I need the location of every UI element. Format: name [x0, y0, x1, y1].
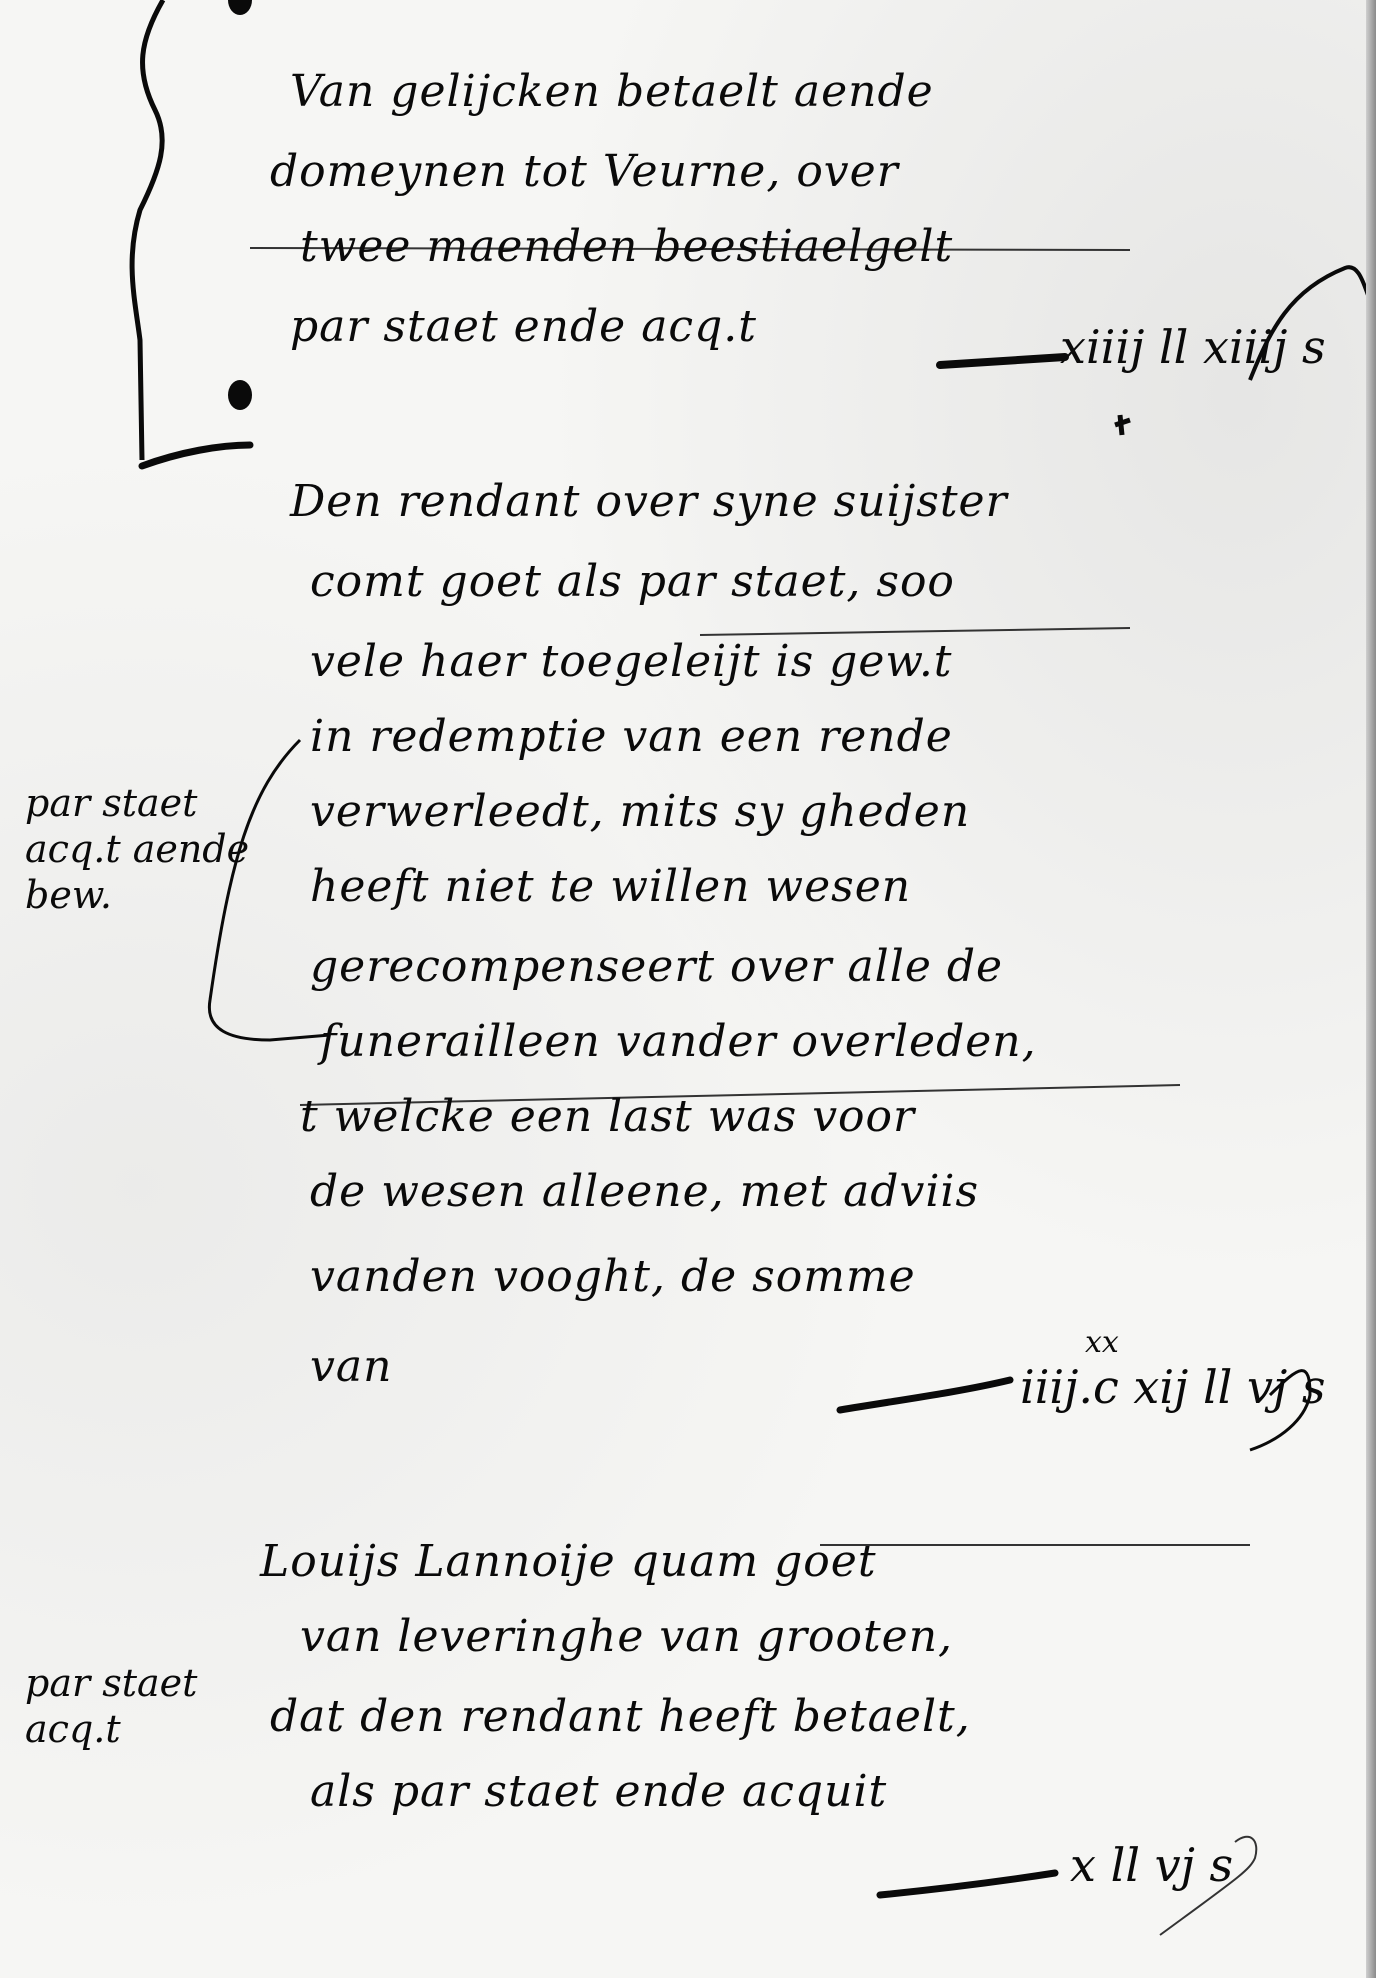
entry-2-line-6: heeft niet te willen wesen: [310, 865, 911, 909]
entry-2-line-1: Den rendant over syne suijster: [290, 480, 1008, 524]
entry-2-line-12: van: [310, 1345, 392, 1389]
entry-2-line-7: gerecompenseert over alle de: [310, 945, 1003, 989]
entry-3-line-1: Louijs Lannoije quam goet: [260, 1540, 877, 1584]
entry-3-amount: x ll vj s: [1070, 1838, 1233, 1892]
entry-2-line-11: vanden vooght, de somme: [310, 1255, 916, 1299]
entry-3-line-3: dat den rendant heeft betaelt,: [270, 1695, 971, 1739]
entry-1-line-2: domeynen tot Veurne, over: [270, 150, 899, 194]
entry-2-line-2: comt goet als par staet, soo: [310, 560, 955, 604]
entry-2-line-8: funerailleen vander overleden,: [320, 1020, 1037, 1064]
margin-note-1: par staet acq.t aende bew.: [25, 780, 249, 918]
entry-3-line-4: als par staet ende acquit: [310, 1770, 887, 1814]
entry-2-line-10: de wesen alleene, met adviis: [310, 1170, 979, 1214]
entry-1-line-3: twee maenden beestiaelgelt: [300, 225, 953, 269]
entry-2-line-4: in redemptie van een rende: [310, 715, 953, 759]
entry-2-line-9: t welcke een last was voor: [300, 1095, 915, 1139]
page-edge-shadow: [1366, 0, 1376, 1978]
entry-3-line-2: van leveringhe van grooten,: [300, 1615, 953, 1659]
entry-1-amount: xiiij ll xiiij s: [1060, 320, 1326, 374]
entry-1-line-1: Van gelijcken betaelt aende: [290, 70, 934, 114]
manuscript-page: Van gelijcken betaelt aende domeynen tot…: [0, 0, 1376, 1978]
entry-2-amount: iiij.c xij ll vj s: [1020, 1360, 1325, 1414]
entry-2-amount-superscript: xx: [1085, 1325, 1119, 1360]
entry-2-line-5: verwerleedt, mits sy gheden: [310, 790, 970, 834]
entry-2-line-3: vele haer toegeleijt is gew.t: [310, 640, 953, 684]
entry-1-line-4: par staet ende acq.t: [290, 305, 757, 349]
margin-note-2: par staet acq.t: [25, 1660, 197, 1752]
